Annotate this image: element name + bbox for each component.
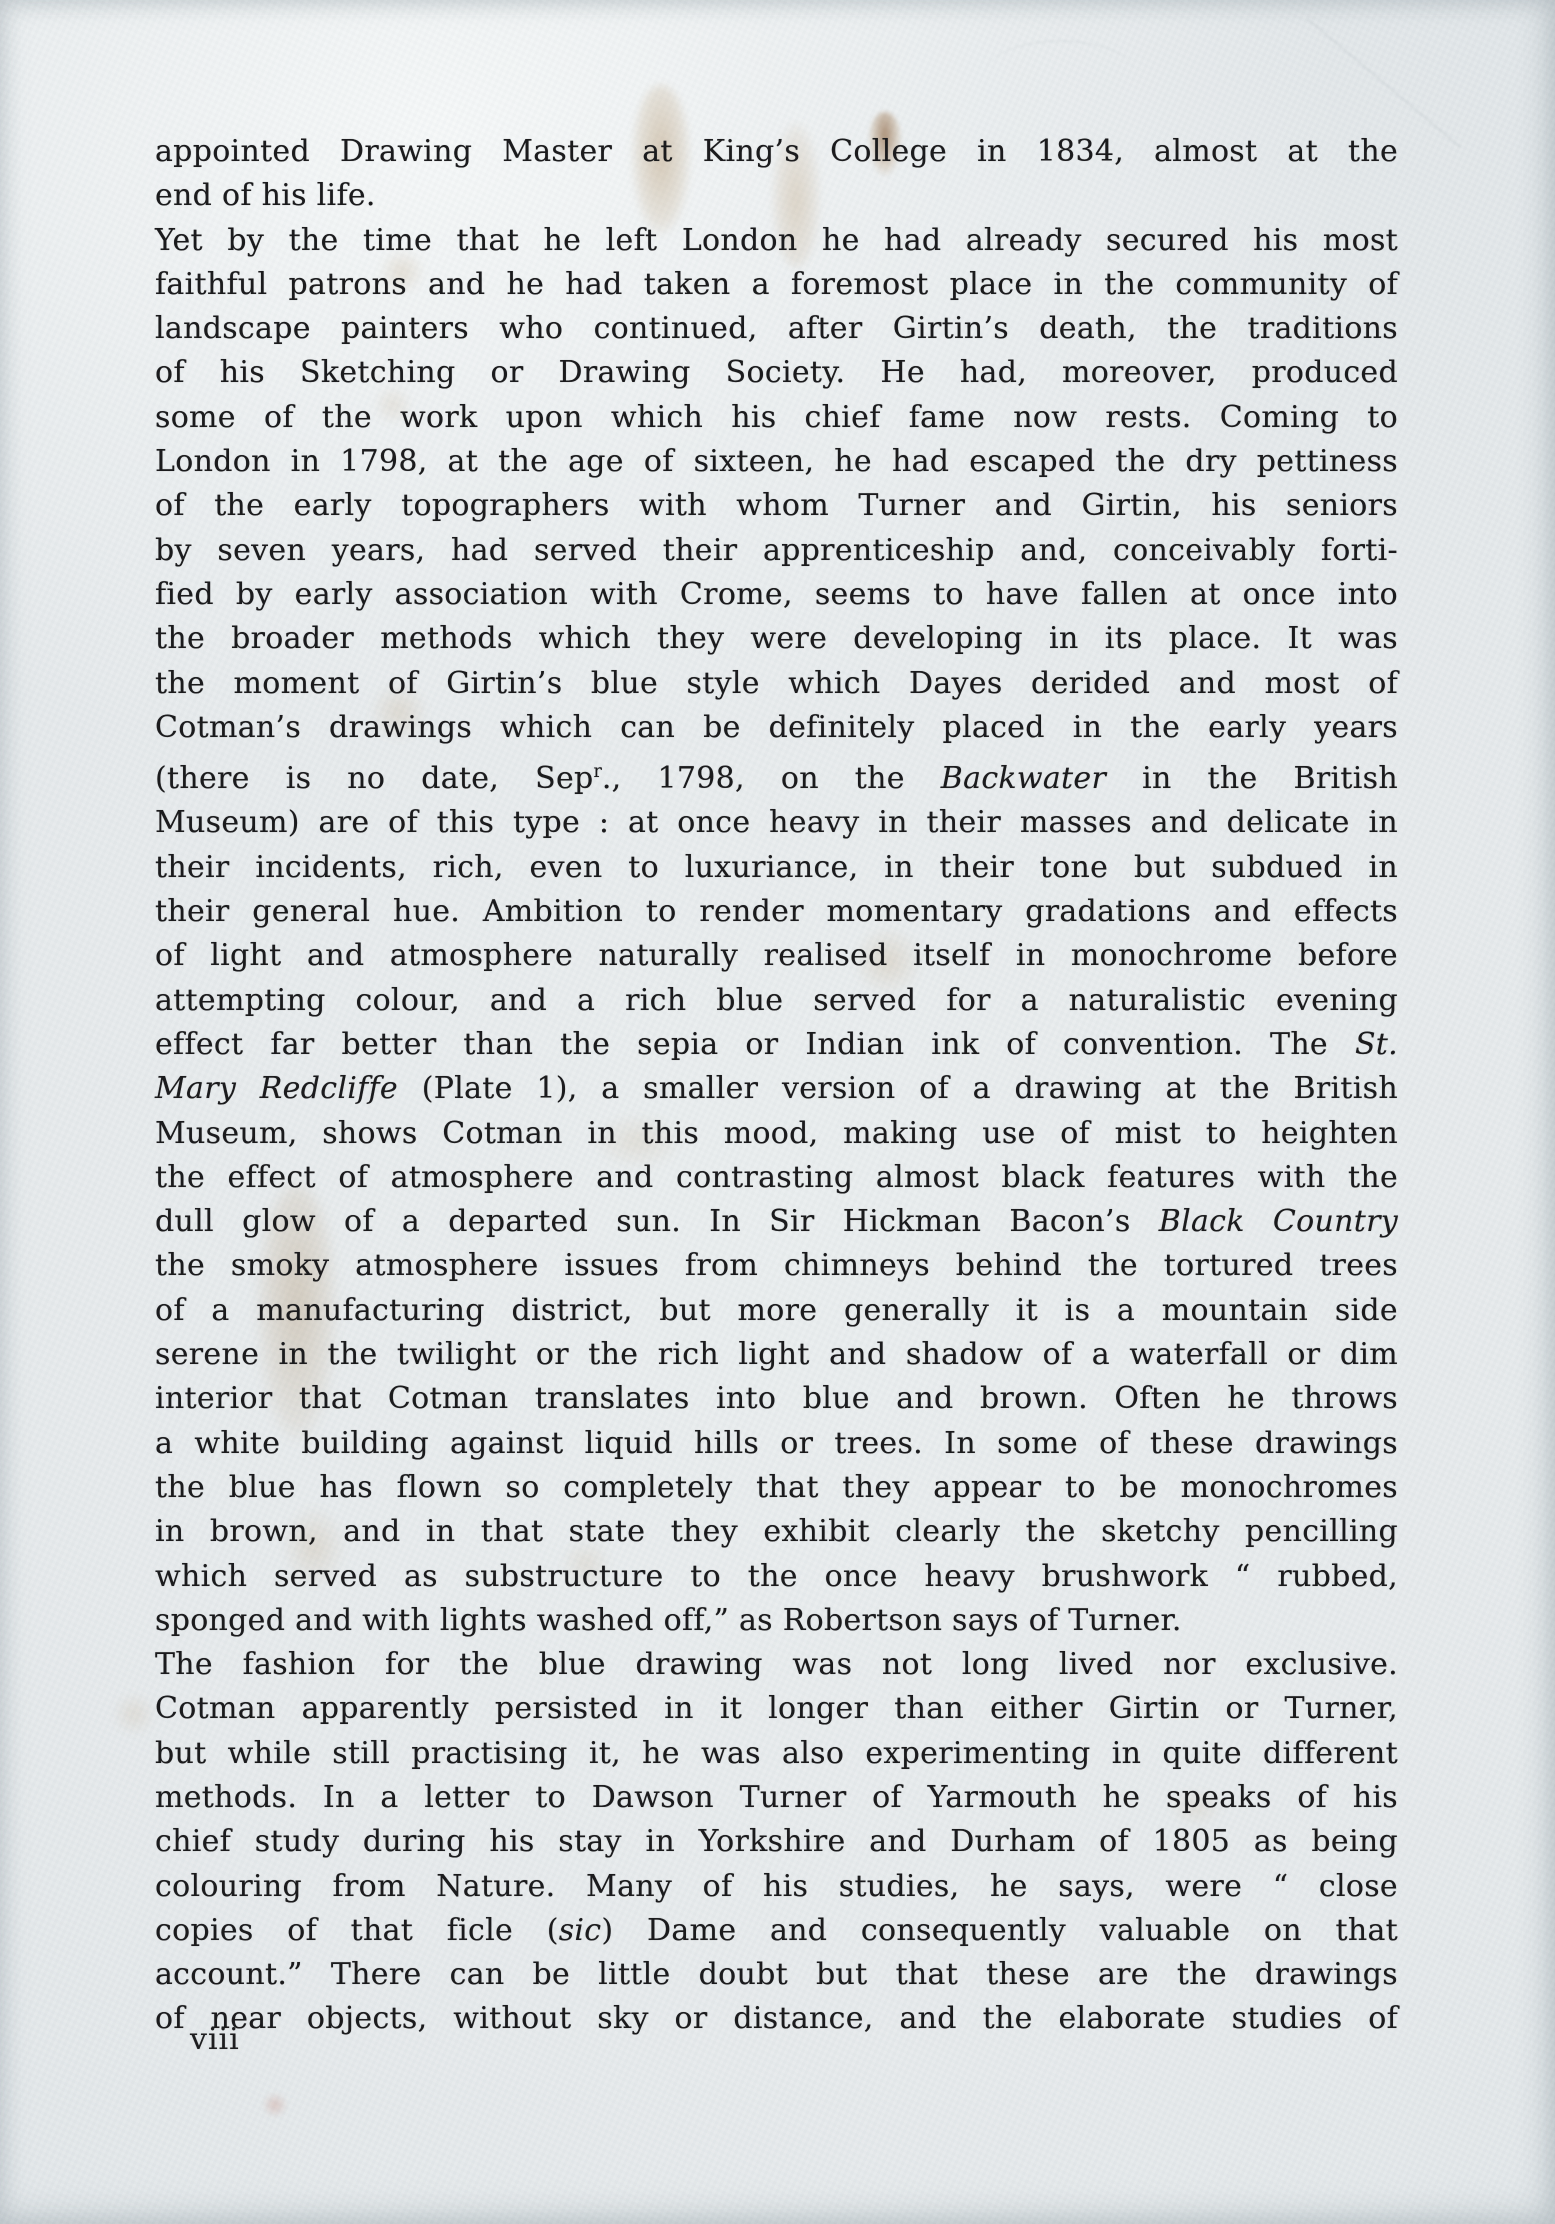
text-line: but while still practising it, he was al…: [155, 1732, 1398, 1776]
text-line: Yet by the time that he left London he h…: [155, 219, 1398, 263]
text-line: faithful patrons and he had taken a fore…: [155, 263, 1398, 307]
text-segment: interior that Cotman translates into blu…: [155, 1381, 1398, 1416]
text-segment: Cotman’s drawings which can be definitel…: [155, 710, 1398, 745]
superscript-text-segment: r: [594, 762, 602, 782]
text-segment: faithful patrons and he had taken a fore…: [155, 267, 1398, 302]
text-segment: of near objects, without sky or distance…: [155, 2001, 1398, 2036]
text-segment: Cotman apparently persisted in it longer…: [155, 1691, 1398, 1726]
text-segment: Museum, shows Cotman in this mood, makin…: [155, 1116, 1398, 1151]
text-line: London in 1798, at the age of sixteen, h…: [155, 440, 1398, 484]
text-line: Museum) are of this type : at once heavy…: [155, 801, 1398, 845]
text-line: the moment of Girtin’s blue style which …: [155, 662, 1398, 706]
text-segment: sponged and with lights washed off,” as …: [155, 1603, 1182, 1638]
text-segment: appointed Drawing Master at King’s Colle…: [155, 134, 1398, 169]
text-segment: ., 1798, on the: [602, 761, 941, 796]
text-line: of his Sketching or Drawing Society. He …: [155, 351, 1398, 395]
text-line: in brown, and in that state they exhibit…: [155, 1510, 1398, 1554]
text-segment: of a manufacturing district, but more ge…: [155, 1293, 1398, 1328]
text-segment: The fashion for the blue drawing was not…: [155, 1647, 1398, 1682]
text-line: (there is no date, Sepr., 1798, on the B…: [155, 750, 1398, 801]
text-line: of a manufacturing district, but more ge…: [155, 1289, 1398, 1333]
text-line: The fashion for the blue drawing was not…: [155, 1643, 1398, 1687]
italic-text-segment: sic: [559, 1913, 602, 1948]
text-line: chief study during his stay in Yorkshire…: [155, 1820, 1398, 1864]
italic-text-segment: Black Country: [1159, 1204, 1398, 1239]
text-segment: copies of that ficle (: [155, 1913, 559, 1948]
text-segment: attempting colour, and a rich blue serve…: [155, 983, 1398, 1018]
text-segment: the effect of atmosphere and contrasting…: [155, 1160, 1398, 1195]
text-segment: by seven years, had served their apprent…: [155, 533, 1398, 568]
text-line: Mary Redcliffe (Plate 1), a smaller vers…: [155, 1067, 1398, 1111]
text-line: of near objects, without sky or distance…: [155, 1997, 1398, 2041]
italic-text-segment: Backwater: [941, 761, 1106, 796]
text-line: colouring from Nature. Many of his studi…: [155, 1865, 1398, 1909]
text-segment: London in 1798, at the age of sixteen, h…: [155, 444, 1398, 479]
text-segment: methods. In a letter to Dawson Turner of…: [155, 1780, 1398, 1815]
paper-crease: [1307, 18, 1461, 148]
text-line: copies of that ficle (sic) Dame and cons…: [155, 1909, 1398, 1953]
text-line: a white building against liquid hills or…: [155, 1422, 1398, 1466]
text-line: serene in the twilight or the rich light…: [155, 1333, 1398, 1377]
text-segment: fied by early association with Crome, se…: [155, 577, 1398, 612]
text-segment: the blue has flown so completely that th…: [155, 1470, 1398, 1505]
text-line: interior that Cotman translates into blu…: [155, 1377, 1398, 1421]
text-line: Museum, shows Cotman in this mood, makin…: [155, 1112, 1398, 1156]
text-segment: the smoky atmosphere issues from chimney…: [155, 1248, 1398, 1283]
text-segment: serene in the twilight or the rich light…: [155, 1337, 1398, 1372]
text-line: by seven years, had served their apprent…: [155, 529, 1398, 573]
text-line: landscape painters who continued, after …: [155, 307, 1398, 351]
text-line: the smoky atmosphere issues from chimney…: [155, 1244, 1398, 1288]
text-segment: ) Dame and consequently valuable on that: [601, 1913, 1398, 1948]
text-segment: their general hue. Ambition to render mo…: [155, 894, 1398, 929]
italic-text-segment: Mary Redcliffe: [155, 1071, 398, 1106]
text-segment: Yet by the time that he left London he h…: [155, 223, 1398, 258]
text-segment: of light and atmosphere naturally realis…: [155, 938, 1398, 973]
text-line: Cotman apparently persisted in it longer…: [155, 1687, 1398, 1731]
text-line: of light and atmosphere naturally realis…: [155, 934, 1398, 978]
text-segment: of his Sketching or Drawing Society. He …: [155, 355, 1398, 390]
text-segment: (there is no date, Sep: [155, 761, 594, 796]
text-line: the blue has flown so completely that th…: [155, 1466, 1398, 1510]
text-segment: their incidents, rich, even to luxurianc…: [155, 850, 1398, 885]
text-segment: in the British: [1106, 761, 1398, 796]
text-segment: Museum) are of this type : at once heavy…: [155, 805, 1398, 840]
text-segment: the moment of Girtin’s blue style which …: [155, 666, 1398, 701]
stain: [262, 2092, 288, 2118]
text-line: fied by early association with Crome, se…: [155, 573, 1398, 617]
text-segment: dull glow of a departed sun. In Sir Hick…: [155, 1204, 1159, 1239]
text-line: Cotman’s drawings which can be definitel…: [155, 706, 1398, 750]
text-line: dull glow of a departed sun. In Sir Hick…: [155, 1200, 1398, 1244]
page-number: viii: [190, 2022, 240, 2057]
text-segment: which served as substructure to the once…: [155, 1559, 1398, 1594]
text-segment: of the early topographers with whom Turn…: [155, 488, 1398, 523]
text-line: of the early topographers with whom Turn…: [155, 484, 1398, 528]
text-line: some of the work upon which his chief fa…: [155, 396, 1398, 440]
page-text: appointed Drawing Master at King’s Colle…: [155, 130, 1398, 2042]
text-line: their general hue. Ambition to render mo…: [155, 890, 1398, 934]
text-line: sponged and with lights washed off,” as …: [155, 1599, 1398, 1643]
text-line: methods. In a letter to Dawson Turner of…: [155, 1776, 1398, 1820]
text-segment: but while still practising it, he was al…: [155, 1736, 1398, 1771]
stain: [112, 1692, 156, 1736]
book-page: appointed Drawing Master at King’s Colle…: [0, 0, 1555, 2224]
italic-text-segment: St.: [1355, 1027, 1398, 1062]
text-line: which served as substructure to the once…: [155, 1555, 1398, 1599]
text-line: their incidents, rich, even to luxurianc…: [155, 846, 1398, 890]
text-segment: a white building against liquid hills or…: [155, 1426, 1398, 1461]
text-segment: chief study during his stay in Yorkshire…: [155, 1824, 1398, 1859]
text-segment: account.” There can be little doubt but …: [155, 1957, 1398, 1992]
text-segment: landscape painters who continued, after …: [155, 311, 1398, 346]
text-segment: some of the work upon which his chief fa…: [155, 400, 1398, 435]
text-line: effect far better than the sepia or Indi…: [155, 1023, 1398, 1067]
text-line: attempting colour, and a rich blue serve…: [155, 979, 1398, 1023]
text-segment: (Plate 1), a smaller version of a drawin…: [398, 1071, 1398, 1106]
text-line: account.” There can be little doubt but …: [155, 1953, 1398, 1997]
text-line: the broader methods which they were deve…: [155, 617, 1398, 661]
paper-crease: [985, 40, 1135, 97]
text-segment: colouring from Nature. Many of his studi…: [155, 1869, 1398, 1904]
text-line: appointed Drawing Master at King’s Colle…: [155, 130, 1398, 174]
text-segment: end of his life.: [155, 178, 376, 213]
text-line: end of his life.: [155, 174, 1398, 218]
text-line: the effect of atmosphere and contrasting…: [155, 1156, 1398, 1200]
text-segment: the broader methods which they were deve…: [155, 621, 1398, 656]
text-segment: in brown, and in that state they exhibit…: [155, 1514, 1398, 1549]
text-segment: effect far better than the sepia or Indi…: [155, 1027, 1355, 1062]
